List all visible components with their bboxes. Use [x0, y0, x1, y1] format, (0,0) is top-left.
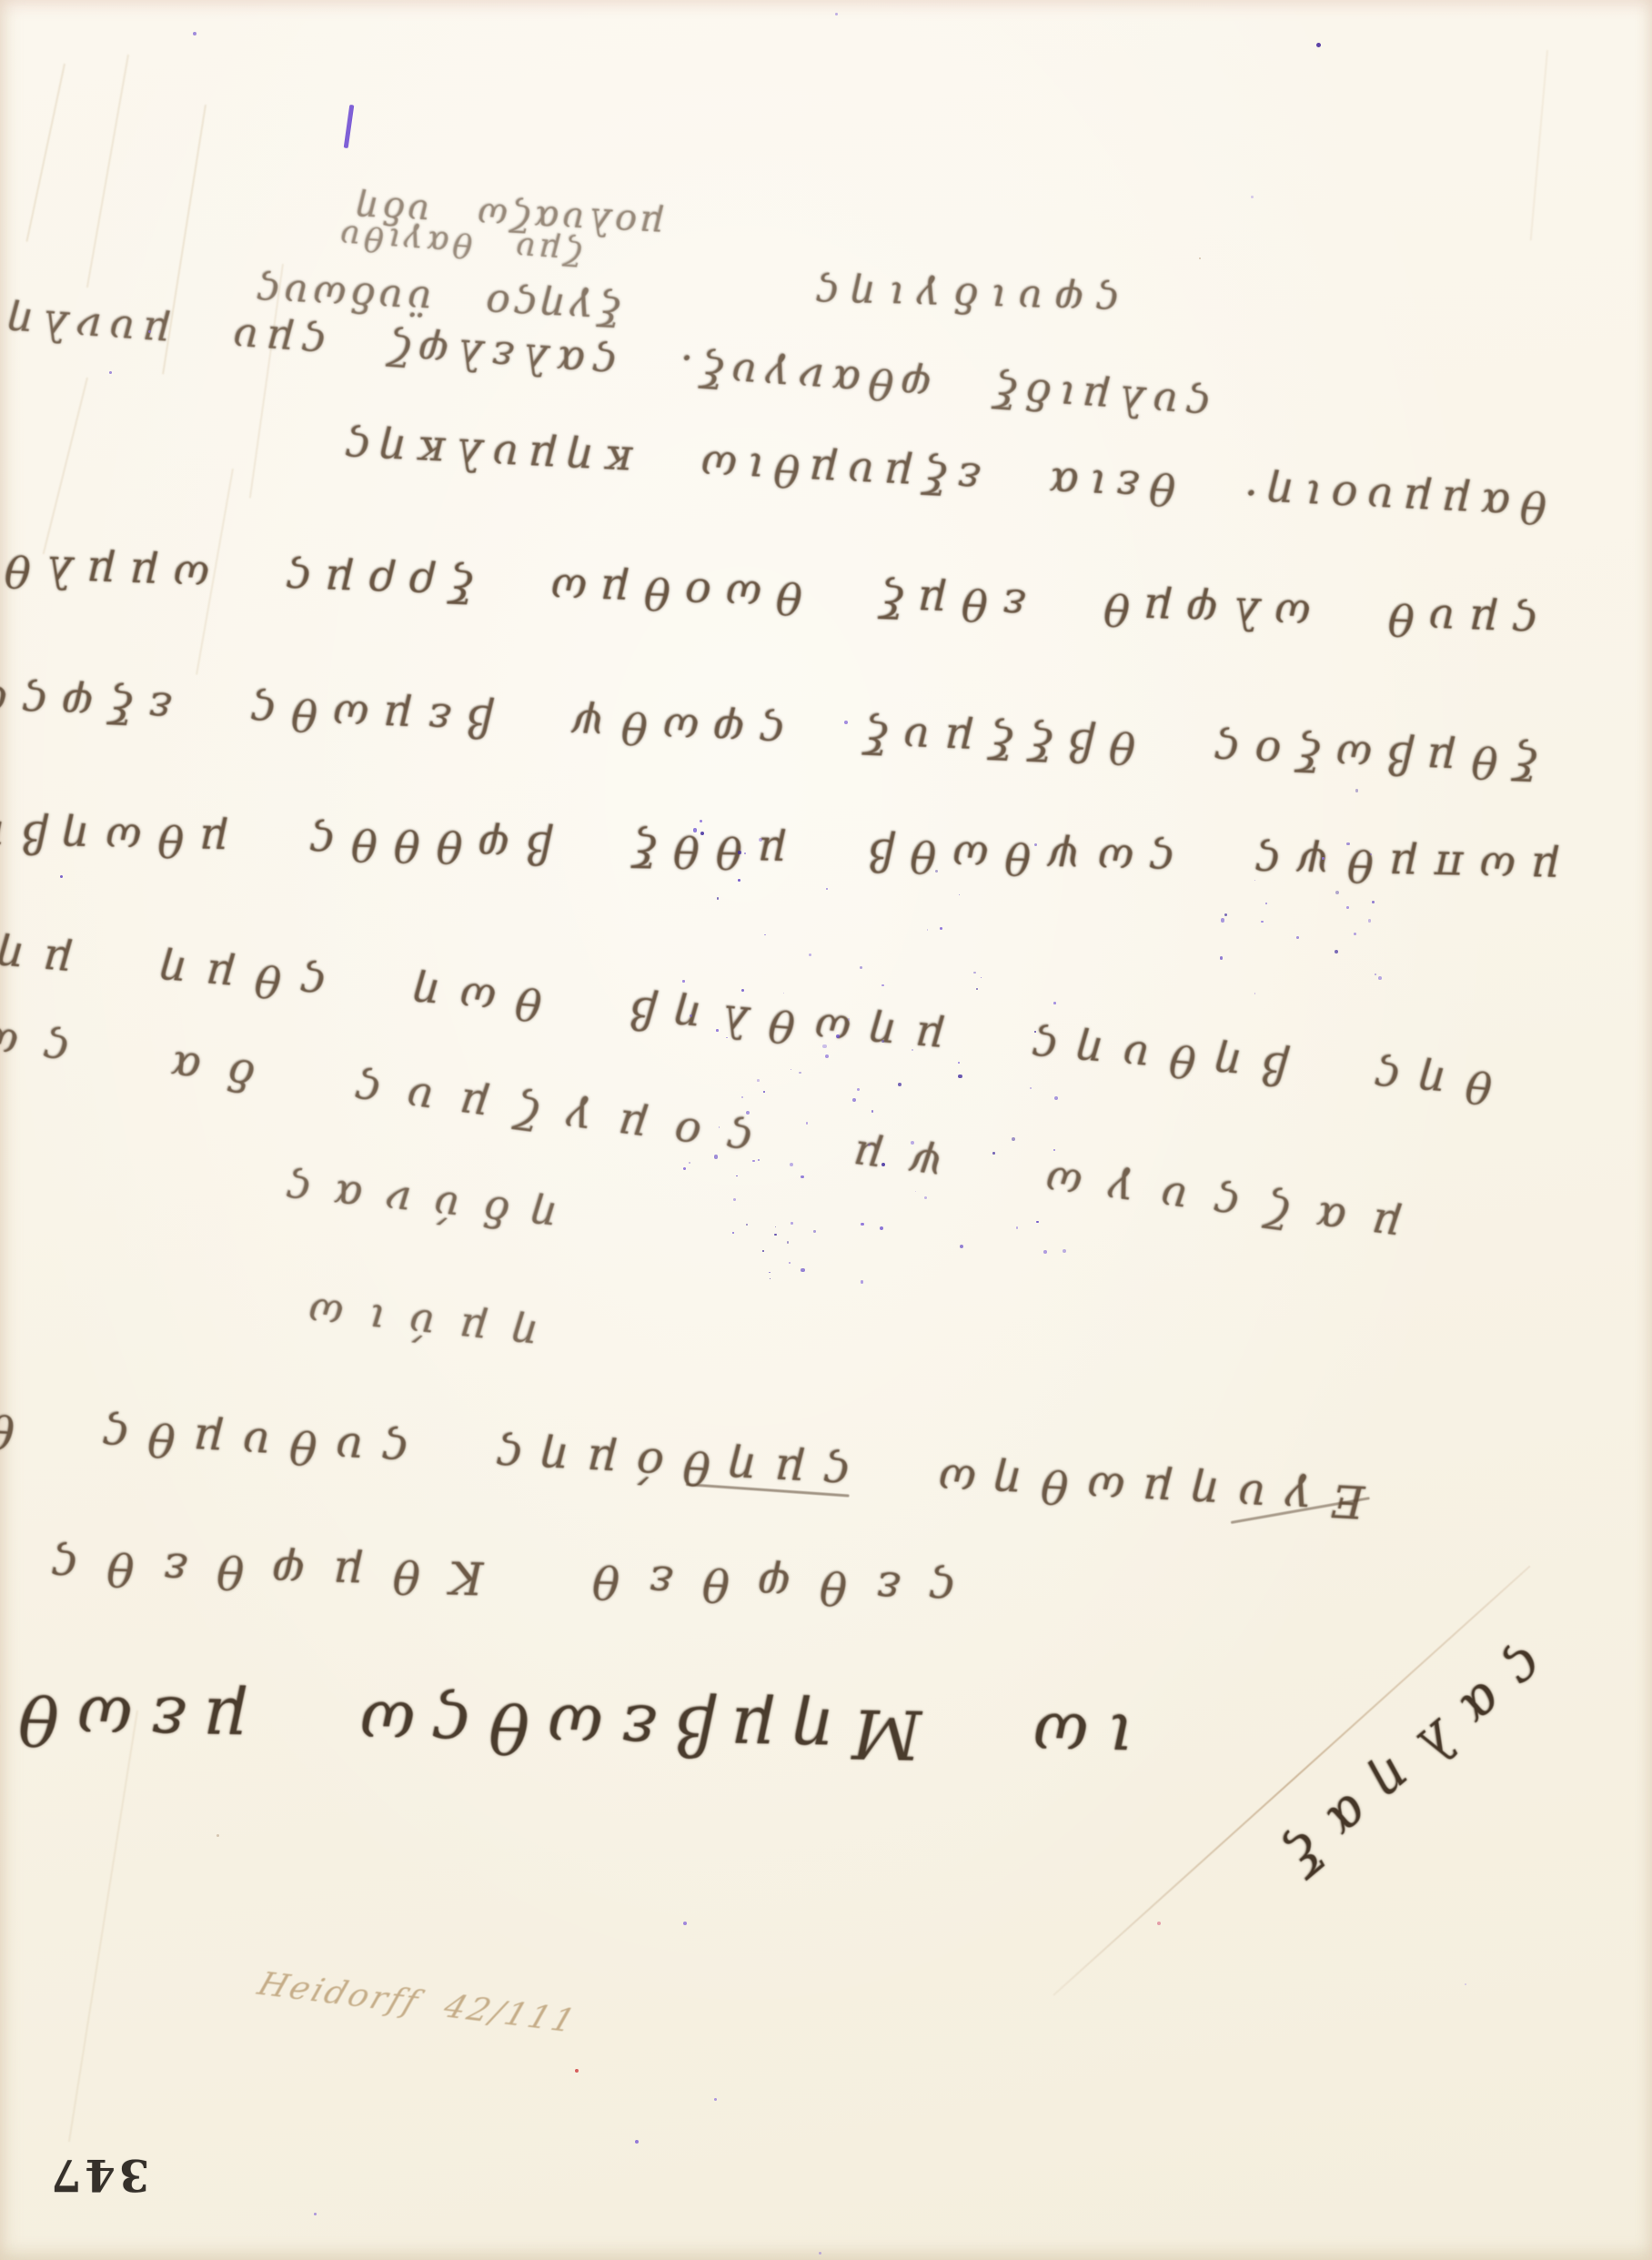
ink-speckle [822, 1044, 826, 1048]
ink-speckle [738, 879, 740, 882]
ink-speckle [801, 1175, 804, 1179]
ink-speckle [1465, 1983, 1466, 1985]
ink-speckle [1220, 956, 1223, 959]
ink-speckle [690, 1014, 692, 1017]
ink-speckle [635, 2140, 639, 2144]
ink-speckle [770, 1278, 771, 1279]
ink-speckle [791, 1069, 792, 1071]
ink-speckle [1034, 843, 1037, 846]
ink-speckle [741, 1096, 743, 1098]
ink-speckle [1012, 1137, 1015, 1141]
ink-speckle [1370, 853, 1372, 855]
ink-speckle [714, 2098, 717, 2101]
ink-speckle [1378, 976, 1382, 980]
ink-speckle [783, 993, 784, 994]
ink-speckle [763, 1091, 765, 1093]
ink-speckle [700, 832, 704, 835]
ink-speckle [1221, 918, 1224, 922]
ink-speckle [801, 1268, 804, 1272]
ink-speckle [992, 1152, 995, 1155]
ink-speckle [1254, 993, 1256, 994]
ink-speckle [958, 1062, 960, 1064]
ink-speckle [819, 2252, 821, 2255]
ink-speckle [1322, 857, 1324, 859]
ink-speckle [881, 1040, 884, 1043]
ink-speckle [1224, 913, 1227, 916]
ink-speckle [60, 875, 63, 878]
ink-speckle [924, 1196, 927, 1199]
ink-speckle [799, 1072, 801, 1075]
ink-speckle [898, 1083, 902, 1086]
ink-speckle [752, 1160, 755, 1163]
ink-speckle [109, 371, 112, 374]
ink-speckle [717, 897, 719, 899]
ink-speckle [1157, 1922, 1161, 1925]
ink-speckle [682, 980, 684, 982]
ink-speckle [809, 953, 811, 956]
ink-speckle [935, 870, 939, 873]
ink-speckle [861, 1223, 863, 1226]
ink-speckle [683, 1922, 687, 1925]
ink-speckle [774, 1234, 776, 1236]
ink-speckle [1053, 1002, 1056, 1004]
ink-speckle [683, 1167, 686, 1170]
ink-speckle [217, 1834, 219, 1837]
ink-speckle [927, 929, 929, 931]
ink-speckle [1043, 1250, 1047, 1254]
ink-speckle [693, 828, 697, 832]
ink-speckle [973, 972, 976, 974]
ink-speckle [716, 1029, 719, 1032]
ink-speckle [915, 1191, 916, 1192]
ink-speckle [912, 1049, 913, 1051]
ink-speckle [1372, 901, 1375, 903]
ink-speckle [700, 820, 703, 823]
ink-speckle [848, 1018, 850, 1020]
ink-speckle [762, 1250, 764, 1252]
ink-speckle [1265, 903, 1267, 904]
ink-speckle [857, 1088, 860, 1091]
stain-layer [0, 0, 1652, 2260]
ink-speckle [738, 851, 740, 853]
ink-speckle [1063, 1249, 1066, 1253]
ink-speckle [790, 1163, 793, 1166]
ink-speckle [1375, 974, 1376, 975]
ink-speckle [881, 1163, 885, 1166]
ink-speckle [148, 330, 151, 333]
ink-speckle [1053, 1149, 1055, 1151]
ink-speckle [1254, 880, 1255, 881]
ink-speckle [764, 934, 765, 935]
ink-speckle [1346, 842, 1350, 846]
ink-speckle [835, 13, 838, 15]
manuscript-scan-page: μολυαζω υδη ζμυ θαγιθυ ξγηςο ϋυδωυς ςφυι… [0, 0, 1652, 2260]
ink-speckle [861, 1280, 863, 1283]
ink-speckle [1030, 1087, 1032, 1089]
ink-speckle [852, 1098, 856, 1102]
ink-speckle [714, 1155, 718, 1158]
ink-speckle [1368, 919, 1372, 923]
ink-speckle [741, 989, 744, 992]
ink-speckle [958, 1075, 962, 1078]
ink-speckle [825, 1054, 829, 1058]
ink-speckle [744, 853, 746, 854]
ink-speckle [959, 894, 960, 895]
ink-speckle [871, 1110, 874, 1113]
ink-speckle [726, 1037, 728, 1039]
ink-speckle [836, 1034, 840, 1038]
ink-speckle [746, 1224, 748, 1226]
ink-speckle [1054, 1096, 1058, 1100]
ink-speckle [813, 1230, 815, 1232]
ink-speckle [1199, 257, 1201, 259]
ink-speckle [1346, 906, 1349, 909]
ink-speckle [1354, 933, 1356, 935]
ink-speckle [976, 988, 978, 990]
ink-speckle [791, 1222, 792, 1224]
ink-speckle [689, 1162, 691, 1165]
ink-speckle [860, 966, 862, 969]
ink-speckle [911, 1141, 914, 1145]
ink-speckle [1335, 950, 1338, 953]
ink-speckle [733, 1198, 736, 1201]
ink-speckle [759, 838, 762, 842]
ink-speckle [940, 927, 942, 930]
ink-speckle [746, 1111, 750, 1115]
ink-speckle [826, 888, 827, 889]
ink-speckle [1251, 196, 1254, 198]
ink-dash-stain [344, 105, 355, 148]
ink-speckle [1335, 891, 1339, 894]
ink-speckle [757, 1079, 760, 1082]
ink-speckle [732, 1232, 734, 1234]
ink-speckle [1036, 1221, 1038, 1223]
ink-speckle [1016, 1226, 1018, 1228]
ink-speckle [868, 1144, 871, 1146]
ink-speckle [806, 1122, 809, 1125]
ink-speckle [960, 1245, 963, 1248]
ink-speckle [193, 32, 196, 35]
ink-speckle [844, 721, 848, 724]
ink-speckle [758, 1159, 760, 1161]
ink-speckle [981, 977, 982, 978]
ink-speckle [314, 2213, 317, 2215]
ink-speckle [1316, 43, 1321, 47]
ink-speckle [1296, 936, 1299, 939]
ink-speckle [789, 1262, 791, 1264]
ink-speckle [1034, 1031, 1036, 1033]
ink-speckle [1261, 921, 1264, 923]
ink-speckle [719, 1126, 720, 1127]
ink-speckle [787, 1241, 790, 1244]
ink-speckle [881, 984, 884, 987]
ink-speckle [736, 1175, 738, 1177]
ink-speckle [880, 1226, 883, 1230]
ink-speckle [1355, 789, 1358, 792]
ink-speckle [775, 1226, 776, 1227]
ink-speckle [575, 2069, 579, 2073]
ink-speckle [769, 1272, 770, 1273]
